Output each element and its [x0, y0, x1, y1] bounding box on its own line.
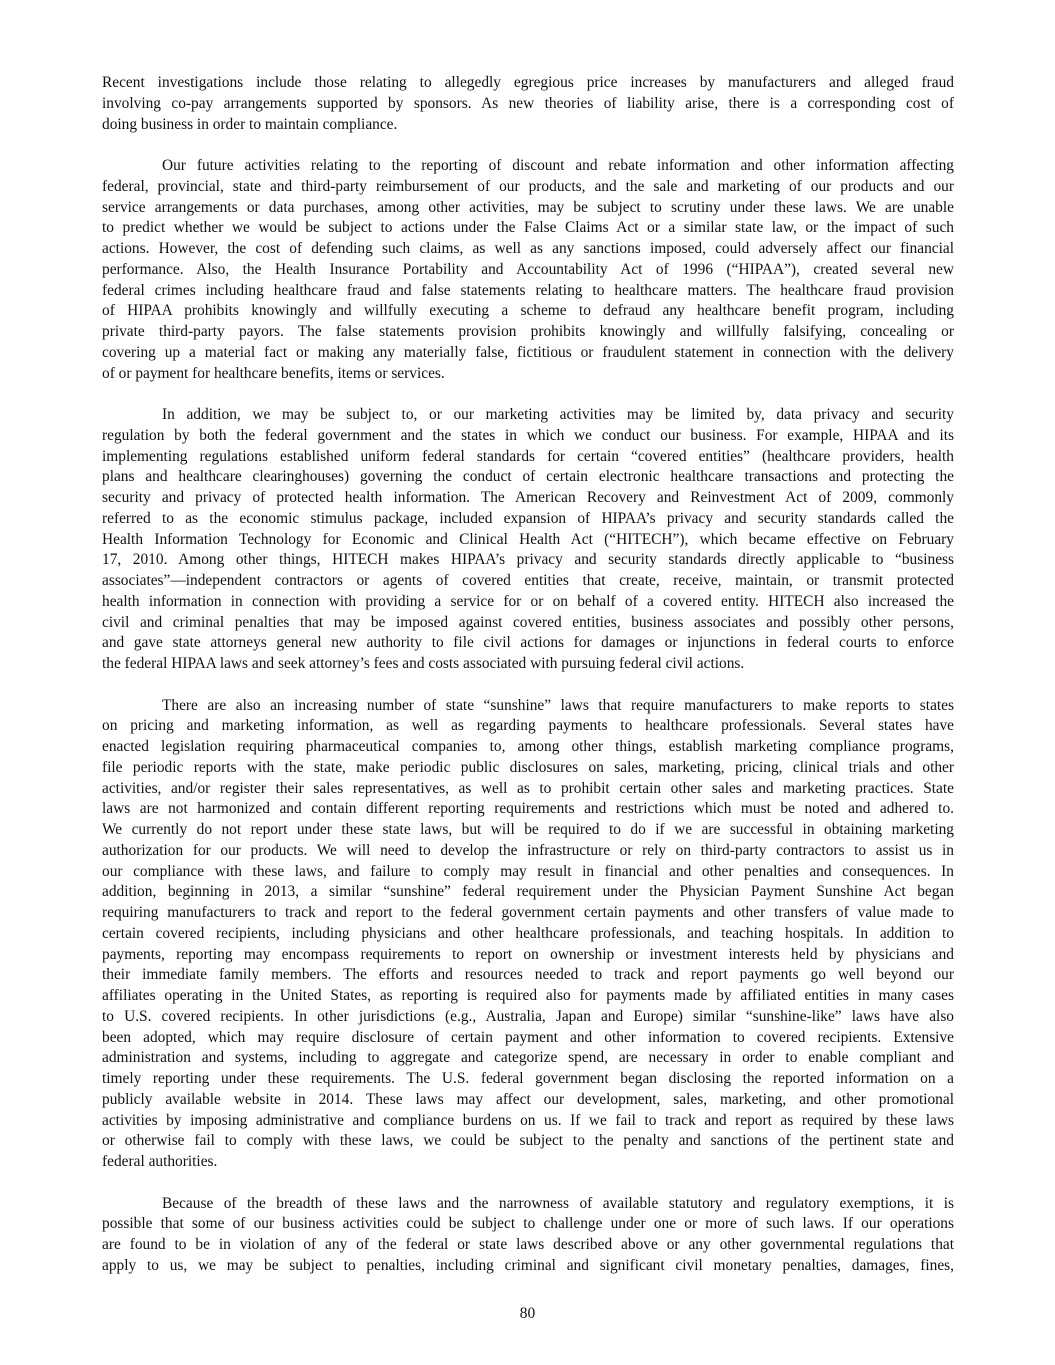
text-line: the federal HIPAA laws and seek attorney…	[102, 654, 954, 675]
text-line: Recent investigations include those rela…	[102, 73, 954, 94]
text-line: authorization for our products. We will …	[102, 841, 954, 862]
text-line: performance. Also, the Health Insurance …	[102, 260, 954, 281]
text-line: service arrangements or data purchases, …	[102, 198, 954, 219]
text-line: plans and healthcare clearinghouses) gov…	[102, 467, 954, 488]
text-line: affiliates operating in the United State…	[102, 986, 954, 1007]
text-line: federal, provincial, state and third-par…	[102, 177, 954, 198]
paragraph-future-activities: Our future activities relating to the re…	[102, 156, 954, 384]
text-line: timely reporting under these requirement…	[102, 1069, 954, 1090]
document-body: Recent investigations include those rela…	[102, 73, 954, 1297]
paragraph-recent-investigations: Recent investigations include those rela…	[102, 73, 954, 135]
text-line: enacted legislation requiring pharmaceut…	[102, 737, 954, 758]
text-line: to predict whether we would be subject t…	[102, 218, 954, 239]
text-line: federal crimes including healthcare frau…	[102, 281, 954, 302]
text-line: and gave state attorneys general new aut…	[102, 633, 954, 654]
text-line: associates”—independent contractors or a…	[102, 571, 954, 592]
text-line: their immediate family members. The effo…	[102, 965, 954, 986]
text-line: federal authorities.	[102, 1152, 954, 1173]
text-line: publicly available website in 2014. Thes…	[102, 1090, 954, 1111]
text-line: payments, reporting may encompass requir…	[102, 945, 954, 966]
text-line: activities, and/or register their sales …	[102, 779, 954, 800]
text-line: to U.S. covered recipients. In other jur…	[102, 1007, 954, 1028]
text-line: been adopted, which may require disclosu…	[102, 1028, 954, 1049]
text-line: on pricing and marketing information, as…	[102, 716, 954, 737]
text-line: We currently do not report under these s…	[102, 820, 954, 841]
text-line: requiring manufacturers to track and rep…	[102, 903, 954, 924]
text-line: file periodic reports with the state, ma…	[102, 758, 954, 779]
text-line: certain covered recipients, including ph…	[102, 924, 954, 945]
text-line: civil and criminal penalties that may be…	[102, 613, 954, 634]
paragraph-data-privacy: In addition, we may be subject to, or ou…	[102, 405, 954, 675]
text-line: activities by imposing administrative an…	[102, 1111, 954, 1132]
text-line: administration and systems, including to…	[102, 1048, 954, 1069]
text-line: or otherwise fail to comply with these l…	[102, 1131, 954, 1152]
paragraph-breadth-of-laws: Because of the breadth of these laws and…	[102, 1194, 954, 1277]
text-line: In addition, we may be subject to, or ou…	[102, 405, 954, 426]
text-line: security and privacy of protected health…	[102, 488, 954, 509]
text-line: of HIPAA prohibits knowingly and willful…	[102, 301, 954, 322]
paragraph-sunshine-laws: There are also an increasing number of s…	[102, 696, 954, 1173]
text-line: private third-party payors. The false st…	[102, 322, 954, 343]
page-number: 80	[0, 1305, 1055, 1323]
text-line: Our future activities relating to the re…	[102, 156, 954, 177]
text-line: laws are not harmonized and contain diff…	[102, 799, 954, 820]
text-line: referred to as the economic stimulus pac…	[102, 509, 954, 530]
text-line: addition, beginning in 2013, a similar “…	[102, 882, 954, 903]
text-line: are found to be in violation of any of t…	[102, 1235, 954, 1256]
text-line: apply to us, we may be subject to penalt…	[102, 1256, 954, 1277]
text-line: possible that some of our business activ…	[102, 1214, 954, 1235]
text-line: There are also an increasing number of s…	[102, 696, 954, 717]
text-line: Because of the breadth of these laws and…	[102, 1194, 954, 1215]
text-line: health information in connection with pr…	[102, 592, 954, 613]
text-line: involving co-pay arrangements supported …	[102, 94, 954, 115]
text-line: covering up a material fact or making an…	[102, 343, 954, 364]
text-line: our compliance with these laws, and fail…	[102, 862, 954, 883]
text-line: regulation by both the federal governmen…	[102, 426, 954, 447]
text-line: doing business in order to maintain comp…	[102, 115, 954, 136]
text-line: Health Information Technology for Econom…	[102, 530, 954, 551]
text-line: 17, 2010. Among other things, HITECH mak…	[102, 550, 954, 571]
text-line: implementing regulations established uni…	[102, 447, 954, 468]
text-line: of or payment for healthcare benefits, i…	[102, 364, 954, 385]
text-line: actions. However, the cost of defending …	[102, 239, 954, 260]
